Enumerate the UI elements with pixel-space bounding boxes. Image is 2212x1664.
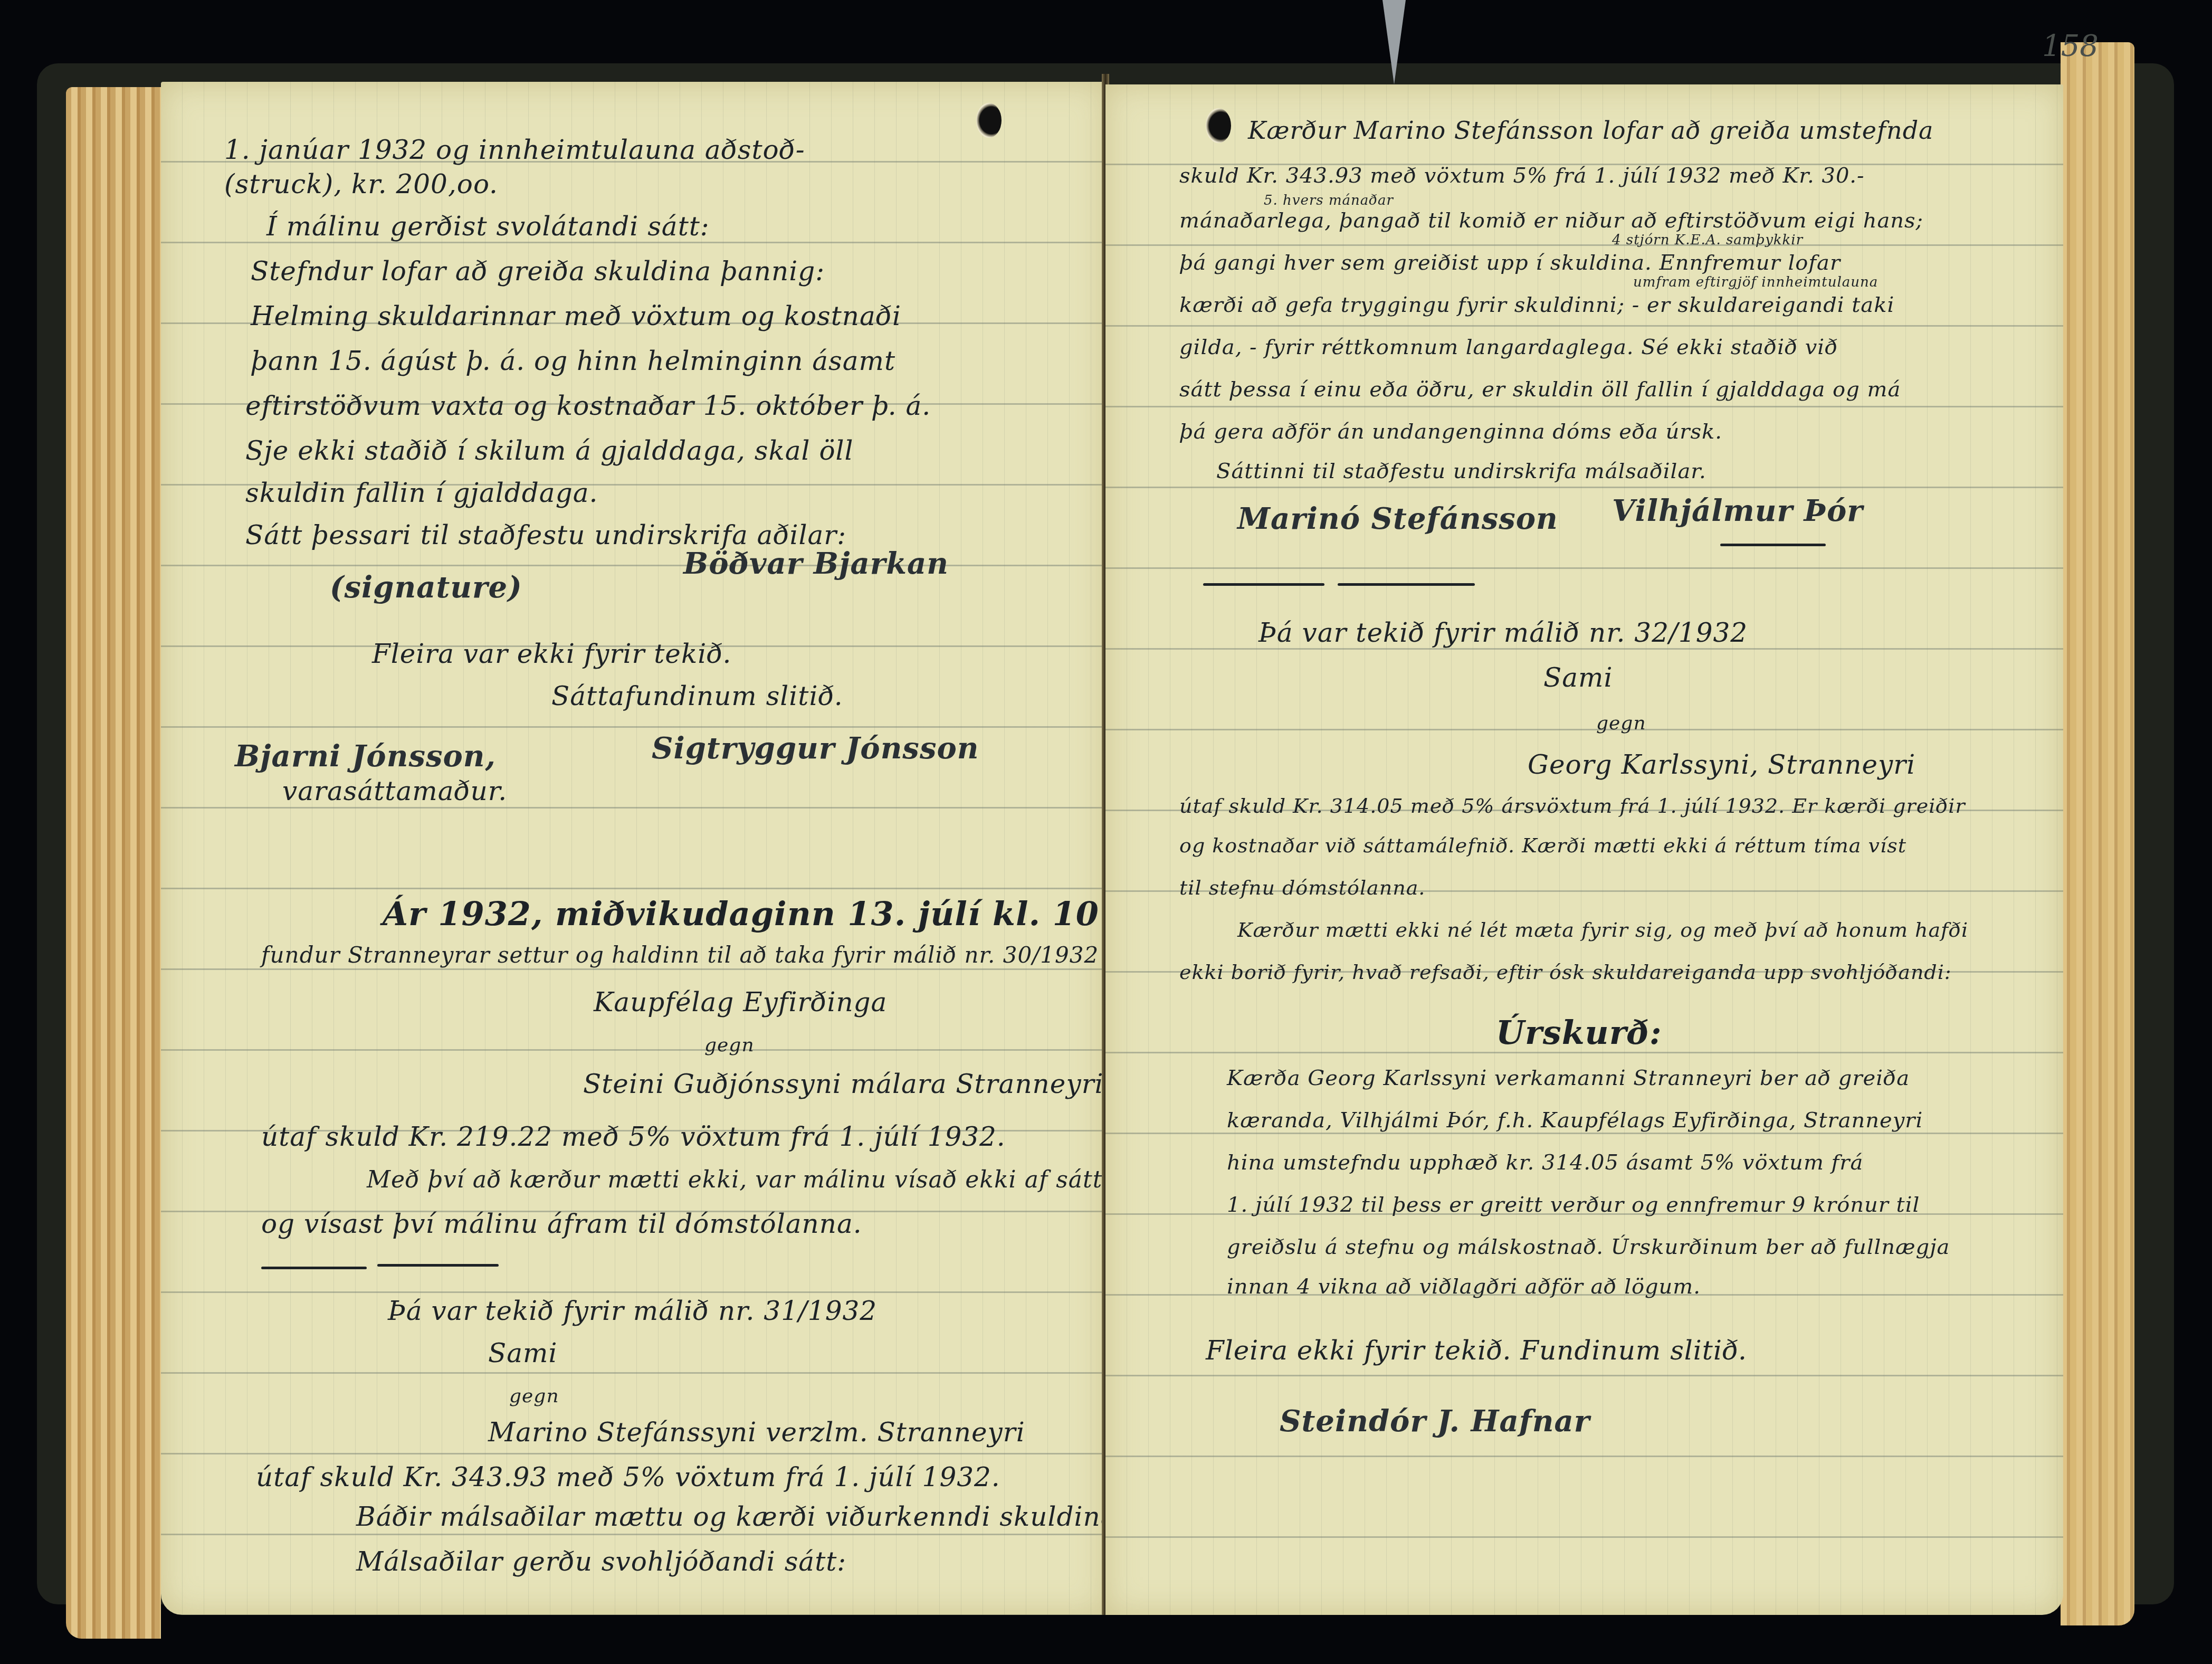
party-name: Georg Karlssyni, Stranneyri — [1528, 749, 1915, 780]
text-line: fundur Stranneyrar settur og haldinn til… — [261, 942, 1099, 968]
text-line: Sáttinni til staðfestu undirskrifa málsa… — [1216, 459, 1706, 483]
text-line: eftirstöðvum vaxta og kostnaðar 15. októ… — [245, 391, 931, 421]
text-line: Í málinu gerðist svolátandi sátt: — [266, 211, 710, 242]
text-line: gegn — [1596, 712, 1646, 734]
text-line: og kostnaðar við sáttamálefnið. Kærði mæ… — [1179, 834, 1906, 857]
right-page: Kærður Marino Stefánsson lofar að greiða… — [1105, 84, 2063, 1615]
text-line: Sami — [488, 1338, 557, 1368]
text-line: Þá var tekið fyrir málið nr. 31/1932 — [388, 1296, 877, 1326]
text-line: 1. júlí 1932 til þess er greitt verður o… — [1227, 1193, 1920, 1217]
bookmark-ribbon — [1382, 0, 1406, 84]
text-line: Helming skuldarinnar með vöxtum og kostn… — [251, 301, 901, 331]
left-page: 1. janúar 1932 og innheimtulauna aðstoð-… — [161, 82, 1105, 1615]
text-line: ekki borið fyrir, hvað refsaði, eftir ós… — [1179, 961, 1952, 984]
signature-title: varasáttamaður. — [282, 776, 507, 806]
party-name: Kaupfélag Eyfirðinga — [594, 987, 887, 1018]
text-line: gegn — [704, 1034, 755, 1056]
text-line: til stefnu dómstólanna. — [1179, 876, 1425, 899]
signature: Böðvar Bjarkan — [683, 546, 949, 581]
text-line: Kærður mætti ekki né lét mæta fyrir sig,… — [1237, 918, 1968, 942]
text-line: sátt þessa í einu eða öðru, er skuldin ö… — [1179, 377, 1901, 402]
text-line: mánaðarlega, þangað til komið er niður a… — [1179, 208, 1923, 233]
interlinear-note: 5. hvers mánaðar — [1264, 193, 1394, 208]
text-line: 1. janúar 1932 og innheimtulauna aðstoð- — [224, 135, 805, 165]
text-line: og vísast því málinu áfram til dómstólan… — [261, 1209, 862, 1239]
text-line: kæranda, Vilhjálmi Þór, f.h. Kaupfélags … — [1227, 1108, 1923, 1133]
text-line: Sami — [1543, 662, 1613, 693]
text-line: skuldin fallin í gjalddaga. — [245, 478, 598, 508]
signature: Steindór J. Hafnar — [1280, 1404, 1590, 1439]
verdict-heading: Úrskurð: — [1496, 1013, 1662, 1052]
text-line: Fleira var ekki fyrir tekið. — [372, 639, 731, 669]
section-divider — [1203, 583, 1324, 586]
text-line: þá gera aðför án undangenginna dóms eða … — [1179, 420, 1722, 444]
text-line: (struck), kr. 200,oo. — [224, 169, 498, 199]
text-line: Sáttafundinum slitið. — [551, 681, 843, 711]
signature: (signature) — [330, 570, 522, 605]
text-line: greiðslu á stefnu og málskostnað. Úrskur… — [1227, 1235, 1950, 1259]
text-line: Kærða Georg Karlssyni verkamanni Stranne… — [1227, 1066, 1910, 1090]
text-line: Báðir málsaðilar mættu og kærði viðurken… — [356, 1501, 1126, 1532]
text-line: gilda, - fyrir réttkomnum langardaglega.… — [1179, 335, 1838, 359]
signature: Sigtryggur Jónsson — [652, 731, 979, 766]
page-edges-left — [66, 87, 161, 1639]
section-divider — [377, 1264, 499, 1267]
text-line: Málsaðilar gerðu svohljóðandi sátt: — [356, 1546, 846, 1577]
page-edges-right — [2061, 42, 2134, 1625]
party-name: Marino Stefánssyni verzlm. Stranneyri — [488, 1417, 1025, 1448]
text-line: útaf skuld Kr. 314.05 með 5% ársvöxtum f… — [1179, 794, 1966, 817]
punch-hole-icon — [976, 103, 1002, 138]
text-line: skuld Kr. 343.93 með vöxtum 5% frá 1. jú… — [1179, 164, 1865, 188]
text-line: Fleira ekki fyrir tekið. Fundinum slitið… — [1206, 1335, 1747, 1366]
text-line: kærði að gefa tryggingu fyrir skuldinni;… — [1179, 293, 1894, 317]
party-name: Steini Guðjónssyni málara Stranneyri — [583, 1069, 1104, 1099]
text-line: Stefndur lofar að greiða skuldina þannig… — [251, 256, 825, 287]
signature: Bjarni Jónsson, — [235, 739, 496, 774]
text-line: innan 4 vikna að viðlagðri aðför að lögu… — [1227, 1275, 1701, 1299]
text-line: útaf skuld Kr. 219.22 með 5% vöxtum frá … — [261, 1121, 1006, 1152]
text-line: þann 15. ágúst þ. á. og hinn helminginn … — [251, 346, 895, 376]
section-divider — [1338, 583, 1475, 586]
text-line: Sje ekki staðið í skilum á gjalddaga, sk… — [245, 435, 853, 466]
page-number: 158 — [2042, 29, 2099, 63]
text-line: Með því að kærður mætti ekki, var málinu… — [367, 1166, 1102, 1193]
signature-underline — [1720, 544, 1826, 546]
text-line: hina umstefndu upphæð kr. 314.05 ásamt 5… — [1227, 1150, 1863, 1175]
interlinear-note: 4 stjórn K.E.A. samþykkir — [1612, 232, 1803, 248]
text-line: Þá var tekið fyrir málið nr. 32/1932 — [1258, 617, 1748, 648]
text-line: gegn — [509, 1385, 559, 1407]
signature: Marinó Stefánsson — [1237, 501, 1558, 536]
interlinear-note: umfram eftirgjöf innheimtulauna — [1633, 274, 1878, 290]
section-divider — [261, 1267, 367, 1269]
signature: Vilhjálmur Þór — [1612, 493, 1863, 528]
text-line: útaf skuld Kr. 343.93 með 5% vöxtum frá … — [256, 1462, 1000, 1492]
punch-hole-icon — [1206, 108, 1231, 143]
text-line: þá gangi hver sem greiðist upp í skuldin… — [1179, 251, 1841, 275]
text-line: Kærður Marino Stefánsson lofar að greiða… — [1248, 116, 1934, 145]
